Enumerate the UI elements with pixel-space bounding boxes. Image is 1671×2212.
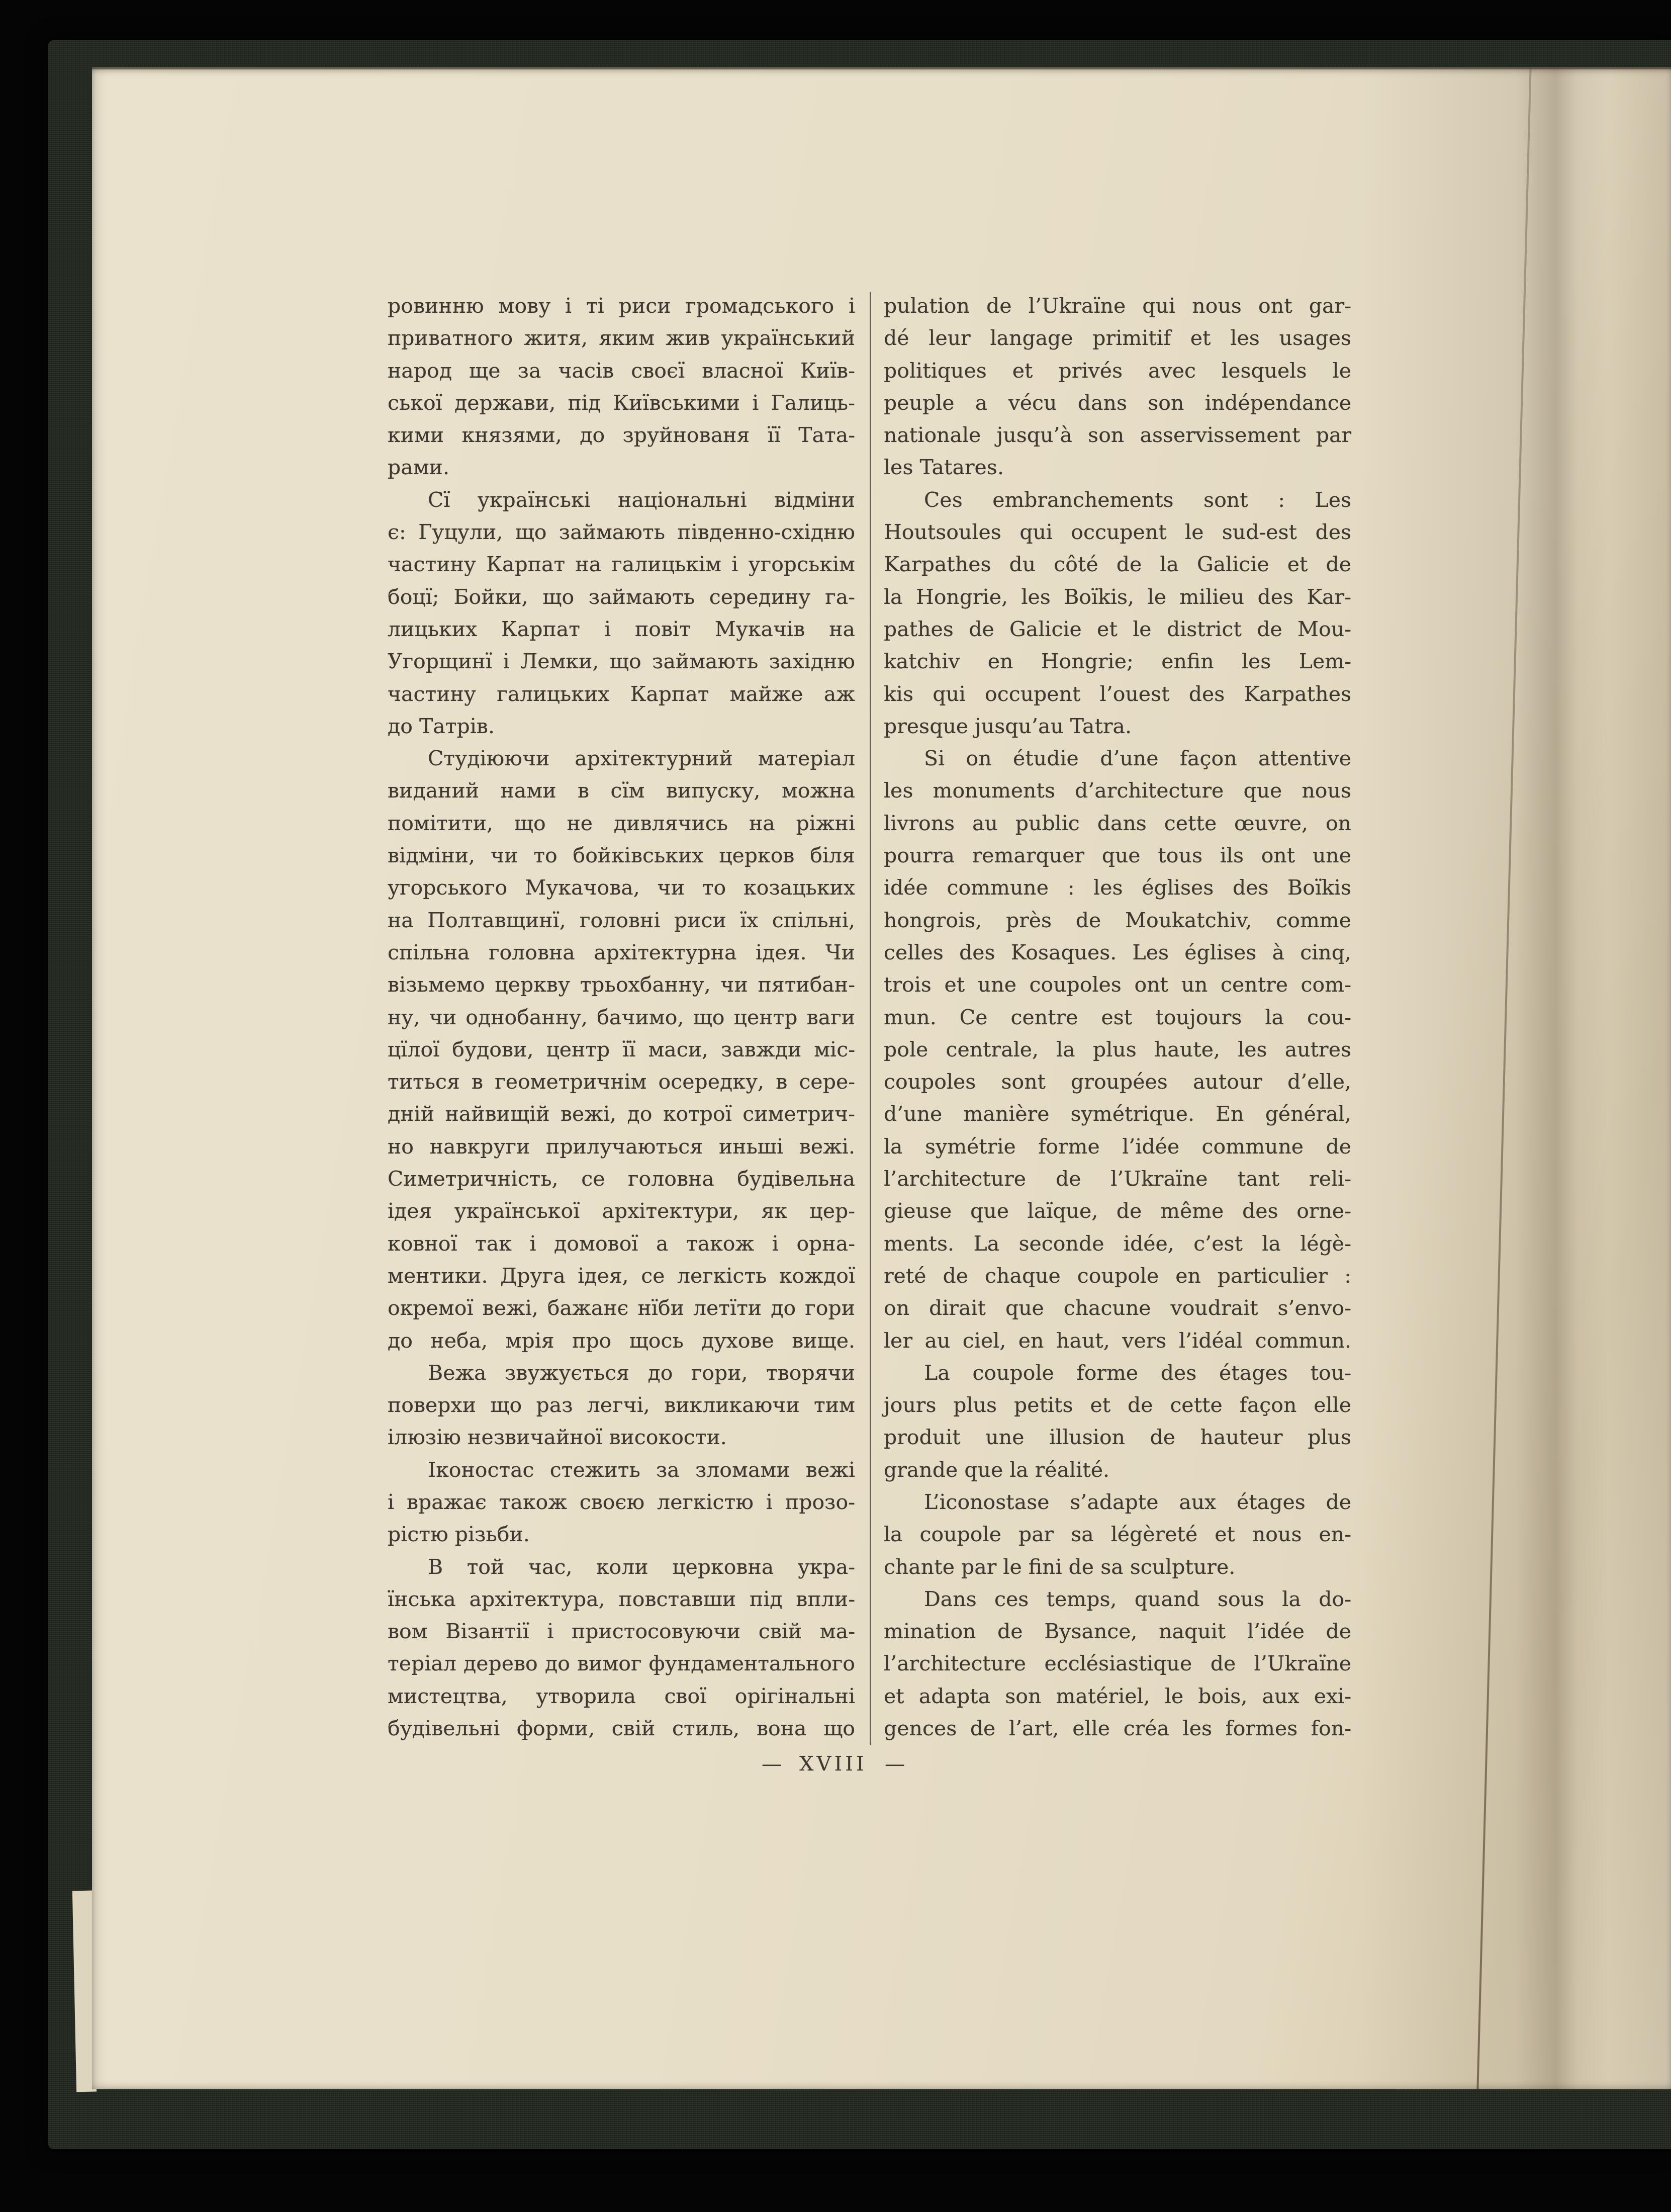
text-line: on dirait que chacune voudrait s’envo- (884, 1292, 1351, 1324)
page-number-dash-right: — (885, 1752, 905, 1776)
text-line: produit une illusion de hauteur plus (884, 1421, 1351, 1453)
page-number: — XVIII — (762, 1752, 905, 1776)
text-line: частину галицьких Карпат майже аж (388, 678, 855, 710)
text-line: до Татрів. (388, 710, 855, 742)
text-line: поверхи що раз легчі, викликаючи тим (388, 1389, 855, 1421)
text-line: livrons au public dans cette œuvre, on (884, 807, 1351, 839)
text-line: но навкруги прилучаються иньші вежі. (388, 1130, 855, 1163)
text-line: спільна головна архітектурна ідея. Чи (388, 936, 855, 968)
text-line: politiques et privés avec lesquels le (884, 355, 1351, 387)
text-line: відміни, чи то бойківських церков біля (388, 839, 855, 871)
text-line: la Hongrie, les Boïkis, le milieu des Ka… (884, 581, 1351, 613)
text-line: gieuse que laïque, de même des orne- (884, 1195, 1351, 1227)
text-line: ments. La seconde idée, c’est la légè- (884, 1227, 1351, 1260)
text-line: угорського Мукачова, чи то козацьких (388, 871, 855, 904)
text-line: рами. (388, 451, 855, 483)
text-line: на Полтавщинї, головні риси їх спільні, (388, 904, 855, 936)
text-line: їнська архітектура, повставши під впли- (388, 1583, 855, 1615)
page-gutter-shadow (1359, 67, 1671, 2089)
column-divider-rule (870, 292, 871, 1745)
text-line: kis qui occupent l’ouest des Karpathes (884, 678, 1351, 710)
text-line: reté de chaque coupole en particulier : (884, 1260, 1351, 1292)
text-line: Ces embranchements sont : Les (884, 484, 1351, 516)
text-line: presque jusqu’au Tatra. (884, 710, 1351, 742)
text-line: katchiv en Hongrie; enfin les Lem- (884, 645, 1351, 677)
text-line: dé leur langage primitif et les usages (884, 322, 1351, 354)
text-line: nationale jusqu’à son asservissement par (884, 419, 1351, 451)
text-line: Студіюючи архітектурний матеріал (388, 742, 855, 774)
text-line: gences de l’art, elle créa les formes fo… (884, 1712, 1351, 1744)
text-line: pourra remarquer que tous ils ont une (884, 839, 1351, 871)
text-line: Симетричність, се головна будівельна (388, 1163, 855, 1195)
text-line: ської держави, під Київськими і Галиць- (388, 387, 855, 419)
text-line: В той час, коли церковна укра- (388, 1551, 855, 1583)
column-french: pulation de l’Ukraïne qui nous ont gar-d… (884, 290, 1351, 1744)
text-line: народ ще за часів своєї власної Київ- (388, 355, 855, 387)
text-line: кими князями, до зруйнованя її Тата- (388, 419, 855, 451)
text-line: ну, чи однобанну, бачимо, що центр ваги (388, 1001, 855, 1033)
text-line: idée commune : les églises des Boïkis (884, 871, 1351, 904)
text-line: окремої вежі, бажанє нїби летїти до гори (388, 1292, 855, 1324)
text-line: ler au ciel, en haut, vers l’idéal commu… (884, 1324, 1351, 1357)
text-line: будівельні форми, свій стиль, вона що (388, 1712, 855, 1744)
text-line: mination de Bysance, naquit l’idée de (884, 1615, 1351, 1647)
text-line: до неба, мрія про щось духове вище. (388, 1324, 855, 1357)
text-line: l’architecture ecclésiastique de l’Ukraï… (884, 1647, 1351, 1679)
text-line: приватного житя, яким жив український (388, 322, 855, 354)
text-line: візьмемо церкву трьохбанну, чи пятибан- (388, 968, 855, 1001)
text-line: La coupole forme des étages tou- (884, 1357, 1351, 1389)
book-scan-photo: ровинню мову і ті риси громадського іпри… (0, 0, 1671, 2212)
text-line: виданий нами в сїм випуску, можна (388, 774, 855, 807)
text-line: Karpathes du côté de la Galicie et de (884, 548, 1351, 580)
text-line: grande que la réalité. (884, 1454, 1351, 1486)
text-line: ілюзію незвичайної високости. (388, 1421, 855, 1453)
text-line: l’architecture de l’Ukraïne tant reli- (884, 1163, 1351, 1195)
text-line: la symétrie forme l’idée commune de (884, 1130, 1351, 1163)
text-line: hongrois, près de Moukatchiv, comme (884, 904, 1351, 936)
text-line: боцї; Бойки, що займають середину га- (388, 581, 855, 613)
text-line: peuple a vécu dans son indépendance (884, 387, 1351, 419)
text-line: ковної так і домової а також і орна- (388, 1227, 855, 1260)
text-line: є: Гуцули, що займають південно-східню (388, 516, 855, 548)
text-line: Сї українські національні відміни (388, 484, 855, 516)
text-line: вом Візантії і пристосовуючи свій ма- (388, 1615, 855, 1647)
text-line: частину Карпат на галицькім і угорськім (388, 548, 855, 580)
text-block: ровинню мову і ті риси громадського іпри… (388, 290, 1351, 1748)
text-line: pathes de Galicie et le district de Mou- (884, 613, 1351, 645)
text-line: титься в геометричнім осередку, в сере- (388, 1066, 855, 1098)
text-line: Si on étudie d’une façon attentive (884, 742, 1351, 774)
text-line: L’iconostase s’adapte aux étages de (884, 1486, 1351, 1518)
text-line: chante par le fini de sa sculpture. (884, 1551, 1351, 1583)
text-line: лицьких Карпат і повіт Мукачів на (388, 613, 855, 645)
text-line: Dans ces temps, quand sous la do- (884, 1583, 1351, 1615)
text-line: coupoles sont groupées autour d’elle, (884, 1066, 1351, 1098)
text-line: les Tatares. (884, 451, 1351, 483)
page-number-label: XVIII (799, 1752, 867, 1776)
text-line: Вежа звужується до гори, творячи (388, 1357, 855, 1389)
text-line: Іконостас стежить за зломами вежі (388, 1454, 855, 1486)
text-line: trois et une coupoles ont un centre com- (884, 968, 1351, 1001)
column-ukrainian: ровинню мову і ті риси громадського іпри… (388, 290, 855, 1744)
text-line: d’une manière symétrique. En général, (884, 1098, 1351, 1130)
book-page: ровинню мову і ті риси громадського іпри… (92, 67, 1671, 2089)
text-line: і вражає також своєю легкістю і прозо- (388, 1486, 855, 1518)
text-line: ровинню мову і ті риси громадського і (388, 290, 855, 322)
text-line: pulation de l’Ukraïne qui nous ont gar- (884, 290, 1351, 322)
text-line: дній найвищій вежі, до котрої симетрич- (388, 1098, 855, 1130)
text-line: мистецтва, утворила свої орігінальні (388, 1680, 855, 1712)
text-line: рістю різьби. (388, 1518, 855, 1550)
text-line: цїлої будови, центр її маси, завжди міс- (388, 1033, 855, 1066)
text-line: помітити, що не дивлячись на ріжні (388, 807, 855, 839)
text-line: la coupole par sa légèreté et nous en- (884, 1518, 1351, 1550)
text-line: et adapta son matériel, le bois, aux exi… (884, 1680, 1351, 1712)
text-line: ментики. Друга ідея, се легкість кождої (388, 1260, 855, 1292)
text-line: ідея української архітектури, як цер- (388, 1195, 855, 1227)
text-line: теріал дерево до вимог фундаментального (388, 1647, 855, 1679)
text-line: Угорщинї і Лемки, що займають західню (388, 645, 855, 677)
text-line: pole centrale, la plus haute, les autres (884, 1033, 1351, 1066)
text-line: les monuments d’architecture que nous (884, 774, 1351, 807)
text-line: Houtsoules qui occupent le sud-est des (884, 516, 1351, 548)
page-number-dash-left: — (762, 1752, 782, 1776)
text-line: celles des Kosaques. Les églises à cinq, (884, 936, 1351, 968)
text-line: jours plus petits et de cette façon elle (884, 1389, 1351, 1421)
text-line: mun. Ce centre est toujours la cou- (884, 1001, 1351, 1033)
